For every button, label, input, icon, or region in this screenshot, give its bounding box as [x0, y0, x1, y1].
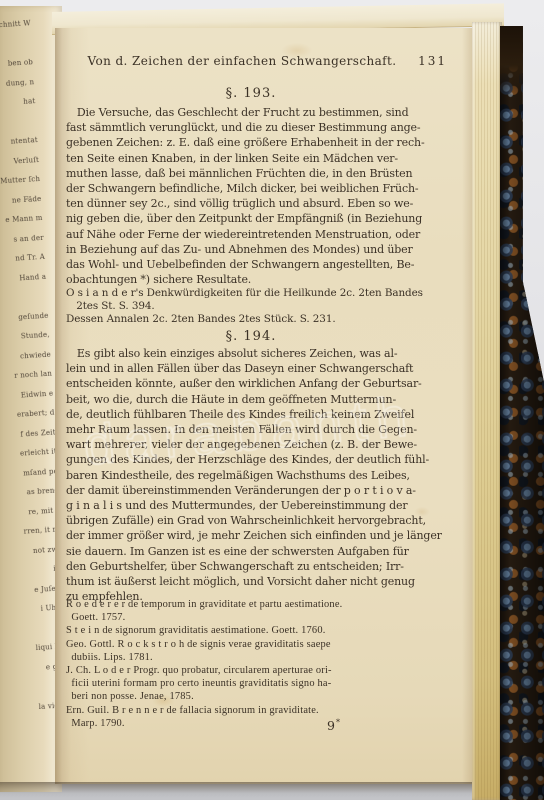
text-line: J. Ch. L o d e r Progr. quo probatur, ci…	[66, 664, 470, 677]
recto-page: Von d. Zeichen der einfachen Schwangersc…	[55, 28, 472, 784]
text-line: de, deutlich fühlbaren Theile des Kindes…	[66, 407, 470, 422]
bibliography-list: R o e d e r e r de temporum in gravidita…	[66, 598, 470, 730]
text-line: Dessen Annalen 2c. 2ten Bandes 2tes Stüc…	[66, 313, 470, 326]
text-line: beit, wo die, durch die Häute in dem geö…	[66, 392, 470, 407]
book-fore-edge	[472, 22, 502, 800]
signature-number: 9	[327, 718, 336, 733]
marbled-cover-board	[500, 26, 544, 800]
text-line: der immer größer wird, je mehr Zeichen s…	[66, 528, 470, 543]
text-line: sie dauern. Im Ganzen ist es eine der sc…	[66, 544, 470, 559]
text-line: ficii uterini formam pro certo ineuntis …	[66, 677, 470, 690]
signature-mark: 9*	[327, 718, 341, 733]
verso-text-fragments: ſchnitt W ben obdung, nhat ntentatVerluſ…	[0, 14, 62, 792]
text-line: O s i a n d e r's Denkwürdigkeiten für d…	[66, 287, 470, 300]
text-line: Marp. 1790.	[66, 717, 470, 730]
paragraph-193: Die Versuche, das Geschlecht der Frucht …	[66, 105, 470, 287]
text-line: S t e i n de signorum graviditatis aesti…	[66, 624, 470, 637]
text-line: gebenen Zeichen: z. E. daß eine größere …	[66, 135, 470, 150]
section-heading-194: §. 194.	[55, 329, 447, 344]
text-line: ten dünner sey 2c., sind völlig trüglich…	[66, 196, 470, 211]
text-line: der damit übereinstimmenden Veränderunge…	[66, 483, 470, 498]
running-title: Von d. Zeichen der einfachen Schwangersc…	[85, 54, 399, 68]
text-line: das Wohl- und Uebelbefinden der Schwange…	[66, 257, 470, 272]
text-line: fast sämmtlich verunglückt, und die zu d…	[66, 120, 470, 135]
text-line: der Schwangern befindliche, Milch dicker…	[66, 181, 470, 196]
text-line: Geo. Gottl. R o c k s t r o h de signis …	[66, 638, 470, 651]
text-line: dubiis. Lips. 1781.	[66, 651, 470, 664]
section-heading-193: §. 193.	[55, 86, 447, 101]
text-line: entscheiden könnte, außer den wirklichen…	[66, 376, 470, 391]
text-line: obachtungen *) sichere Resultate.	[66, 272, 470, 287]
page-number: 131	[399, 54, 447, 68]
text-line: auf Nähe oder Ferne der wiedereintretend…	[66, 227, 470, 242]
text-line: g i n a l i s und des Muttermundes, der …	[66, 498, 470, 513]
text-line: Goett. 1757.	[66, 611, 470, 624]
text-line: thum ist äußerst leicht möglich, und Vor…	[66, 574, 470, 589]
text-line: Die Versuche, das Geschlecht der Frucht …	[66, 105, 470, 120]
text-line: Es gibt also kein einziges absolut siche…	[66, 346, 470, 361]
text-line: den Geburtshelfer, über Schwangerschaft …	[66, 559, 470, 574]
text-line: in Beziehung auf das Zu- und Abnehmen de…	[66, 242, 470, 257]
text-line: gungen des Kindes, der Herzschläge des K…	[66, 452, 470, 467]
footnote-references-193: O s i a n d e r's Denkwürdigkeiten für d…	[66, 287, 470, 327]
signature-star: *	[336, 718, 341, 727]
text-line: übrigen Zufälle) ein Grad von Wahrschein…	[66, 513, 470, 528]
text-line: R o e d e r e r de temporum in gravidita…	[66, 598, 470, 611]
paragraph-194: Es gibt also kein einziges absolut siche…	[66, 346, 470, 604]
page-bottom-shadow	[0, 782, 472, 798]
text-line: mehr Raum lassen. In den meisten Fällen …	[66, 422, 470, 437]
text-line: muthen lasse, daß bei männlichen Früchte…	[66, 166, 470, 181]
text-line: wart mehrerer, vieler der angegebenen Ze…	[66, 437, 470, 452]
text-line: baren Kindestheile, des regelmäßigen Wac…	[66, 468, 470, 483]
page-header: Von d. Zeichen der einfachen Schwangersc…	[85, 54, 447, 68]
text-line: lein und in allen Fällen über das Daseyn…	[66, 361, 470, 376]
photo-backdrop: ſchnitt W ben obdung, nhat ntentatVerluſ…	[0, 0, 544, 800]
verso-page-strip: ſchnitt W ben obdung, nhat ntentatVerluſ…	[0, 6, 62, 792]
text-line: nig geben die, über den Zeitpunkt der Em…	[66, 211, 470, 226]
text-line: beri non posse. Jenae, 1785.	[66, 690, 470, 703]
text-line: Ern. Guil. B r e n n e r de fallacia sig…	[66, 704, 470, 717]
text-line: 2tes St. S. 394.	[66, 300, 470, 313]
text-line: ten Seite einen Knaben, in der linken Se…	[66, 151, 470, 166]
